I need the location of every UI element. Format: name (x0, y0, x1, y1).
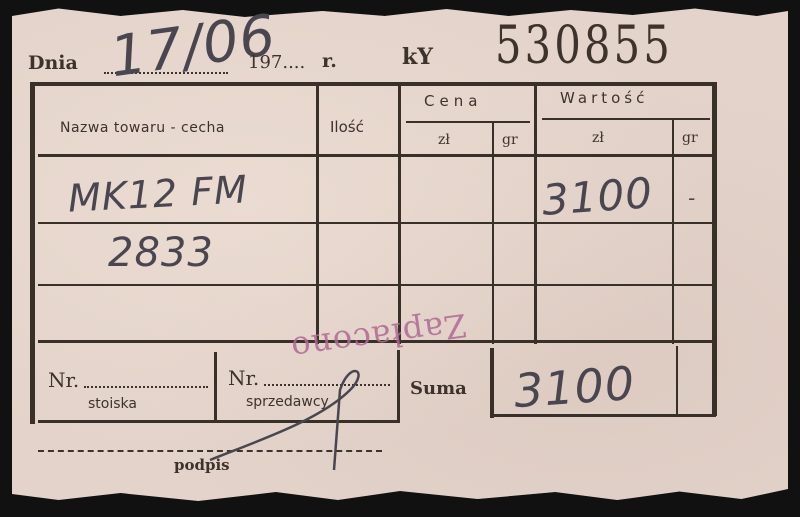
row-line-1 (38, 222, 714, 224)
col-divider-item (316, 86, 319, 344)
year-prefix: 197.... (248, 52, 305, 73)
price-gr-header: gr (502, 132, 518, 148)
column-header-item: Nazwa towaru - cecha (60, 120, 225, 136)
price-gr-divider (492, 122, 494, 344)
sum-box-left (490, 348, 494, 418)
value-gr-divider (672, 120, 674, 344)
date-label: Dnia (28, 52, 78, 74)
col-divider-qty (398, 86, 401, 344)
header-bottom-border (38, 154, 714, 157)
row-line-2 (38, 284, 714, 286)
row-1-value-zl: 3100 (540, 168, 654, 225)
sum-label: Suma (410, 378, 467, 399)
value-sub-line (542, 118, 710, 120)
value-gr-header: gr (682, 130, 698, 146)
col-divider-price (534, 86, 537, 344)
value-zl-header: zł (592, 130, 604, 146)
footer-divider-seller (397, 350, 400, 420)
row-1-item: MK12 FM (67, 167, 249, 220)
serial-number: 530855 (495, 16, 673, 76)
price-sub-line (406, 121, 530, 123)
series-code: kY (402, 44, 433, 70)
column-header-price: Cena (424, 92, 482, 110)
signature-scribble (200, 360, 380, 480)
table-right-border (712, 82, 717, 416)
stand-nr-label: Nr. (48, 368, 79, 392)
table-top-border (30, 82, 716, 86)
row-1-value-gr: - (688, 186, 696, 210)
stand-caption: stoiska (88, 396, 137, 412)
row-2-item: 2833 (108, 230, 214, 276)
column-header-value: Wartość (560, 89, 648, 107)
column-header-quantity: Ilość (330, 118, 364, 136)
sum-gr-divider (676, 346, 678, 414)
table-left-border (30, 84, 35, 424)
sum-value: 3100 (512, 356, 637, 418)
stand-nr-dotted-line (84, 386, 208, 388)
price-zl-header: zł (438, 132, 450, 148)
year-suffix: r. (322, 50, 337, 72)
